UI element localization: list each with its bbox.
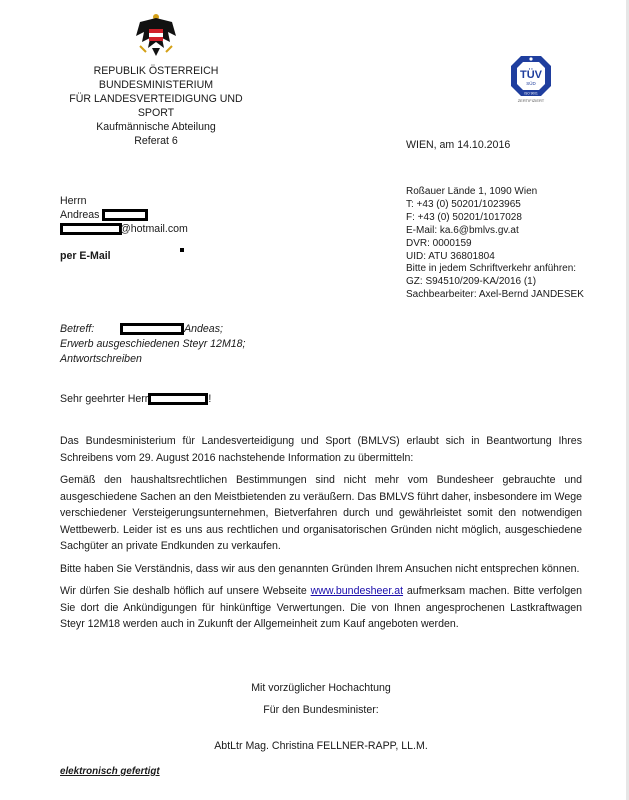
sender-uid: UID: ATU 36801804 xyxy=(406,251,584,264)
sender-dvr: DVR: 0000159 xyxy=(406,238,584,251)
subject-block: Betreff: Andeas; Erwerb ausgeschiedenen … xyxy=(60,322,246,367)
greeting-suffix: ! xyxy=(208,393,211,405)
svg-text:ZERTIFIZIERT: ZERTIFIZIERT xyxy=(518,98,545,103)
redaction-box xyxy=(102,209,148,221)
closing-phrase: Mit vorzüglicher Hochachtung xyxy=(60,682,582,694)
letterhead-line: REPUBLIK ÖSTERREICH xyxy=(60,64,252,78)
body-paragraph-1: Das Bundesministerium für Landesverteidi… xyxy=(60,433,582,466)
letter-date: WIEN, am 14.10.2016 xyxy=(406,139,510,151)
recipient-name: Andreas xyxy=(60,208,188,222)
ministry-letterhead: REPUBLIK ÖSTERREICH BUNDESMINISTERIUM FÜ… xyxy=(60,64,252,148)
subject-line-1: Betreff: Andeas; xyxy=(60,322,246,337)
letterhead-line: Kaufmännische Abteilung xyxy=(60,120,252,134)
subject-line-2: Erwerb ausgeschiedenen Steyr 12M18; xyxy=(60,337,246,352)
svg-text:SÜD: SÜD xyxy=(526,80,536,86)
letter-body: Das Bundesministerium für Landesverteidi… xyxy=(60,433,582,639)
stray-mark xyxy=(180,248,184,252)
delivery-method: per E-Mail xyxy=(60,250,111,262)
subject-label: Betreff: xyxy=(60,323,94,335)
greeting-prefix: Sehr geehrter Herr xyxy=(60,393,148,405)
svg-text:ISO 9001: ISO 9001 xyxy=(524,92,538,96)
svg-text:TÜV: TÜV xyxy=(520,68,543,81)
sender-fax: F: +43 (0) 50201/1017028 xyxy=(406,212,584,225)
p4-before-link: Wir dürfen Sie deshalb höflich auf unser… xyxy=(60,585,307,597)
greeting: Sehr geehrter Herr! xyxy=(60,393,211,405)
austrian-eagle-icon xyxy=(134,12,178,58)
recipient-block: Herrn Andreas @hotmail.com xyxy=(60,194,188,236)
redaction-box xyxy=(148,393,208,405)
tuv-certification-icon: TÜV SÜD ISO 9001 ZERTIFIZIERT xyxy=(507,54,555,104)
redaction-box xyxy=(60,223,122,235)
bundesheer-website-link[interactable]: www.bundesheer.at xyxy=(311,585,403,597)
reference-note: Bitte in jedem Schriftverkehr anführen: xyxy=(406,263,584,276)
recipient-first-name: Andreas xyxy=(60,209,99,221)
body-paragraph-4: Wir dürfen Sie deshalb höflich auf unser… xyxy=(60,583,582,633)
letterhead-line: BUNDESMINISTERIUM xyxy=(60,78,252,92)
sender-phone: T: +43 (0) 50201/1023965 xyxy=(406,199,584,212)
redaction-box xyxy=(120,323,184,335)
recipient-email: @hotmail.com xyxy=(60,222,188,236)
body-paragraph-3: Bitte haben Sie Verständnis, dass wir au… xyxy=(60,561,582,578)
closing-on-behalf: Für den Bundesminister: xyxy=(60,704,582,716)
letterhead-line: FÜR LANDESVERTEIDIGUNG UND SPORT xyxy=(60,92,252,120)
electronic-signature-note: elektronisch gefertigt xyxy=(60,766,160,777)
recipient-salutation: Herrn xyxy=(60,194,188,208)
body-paragraph-2: Gemäß den haushaltsrechtlichen Bestimmun… xyxy=(60,472,582,555)
reference-number: GZ: S94510/209-KA/2016 (1) xyxy=(406,276,584,289)
sender-address: Roßauer Lände 1, 1090 Wien xyxy=(406,186,584,199)
case-officer: Sachbearbeiter: Axel-Bernd JANDESEK xyxy=(406,289,584,302)
sender-email: E-Mail: ka.6@bmlvs.gv.at xyxy=(406,225,584,238)
letterhead-line: Referat 6 xyxy=(60,134,252,148)
signatory-name: AbtLtr Mag. Christina FELLNER-RAPP, LL.M… xyxy=(60,740,582,752)
subject-name-suffix: Andeas; xyxy=(184,323,223,335)
subject-line-3: Antwortschreiben xyxy=(60,352,246,367)
recipient-email-domain: @hotmail.com xyxy=(120,223,188,235)
sender-contact-block: Roßauer Lände 1, 1090 Wien T: +43 (0) 50… xyxy=(406,186,584,302)
